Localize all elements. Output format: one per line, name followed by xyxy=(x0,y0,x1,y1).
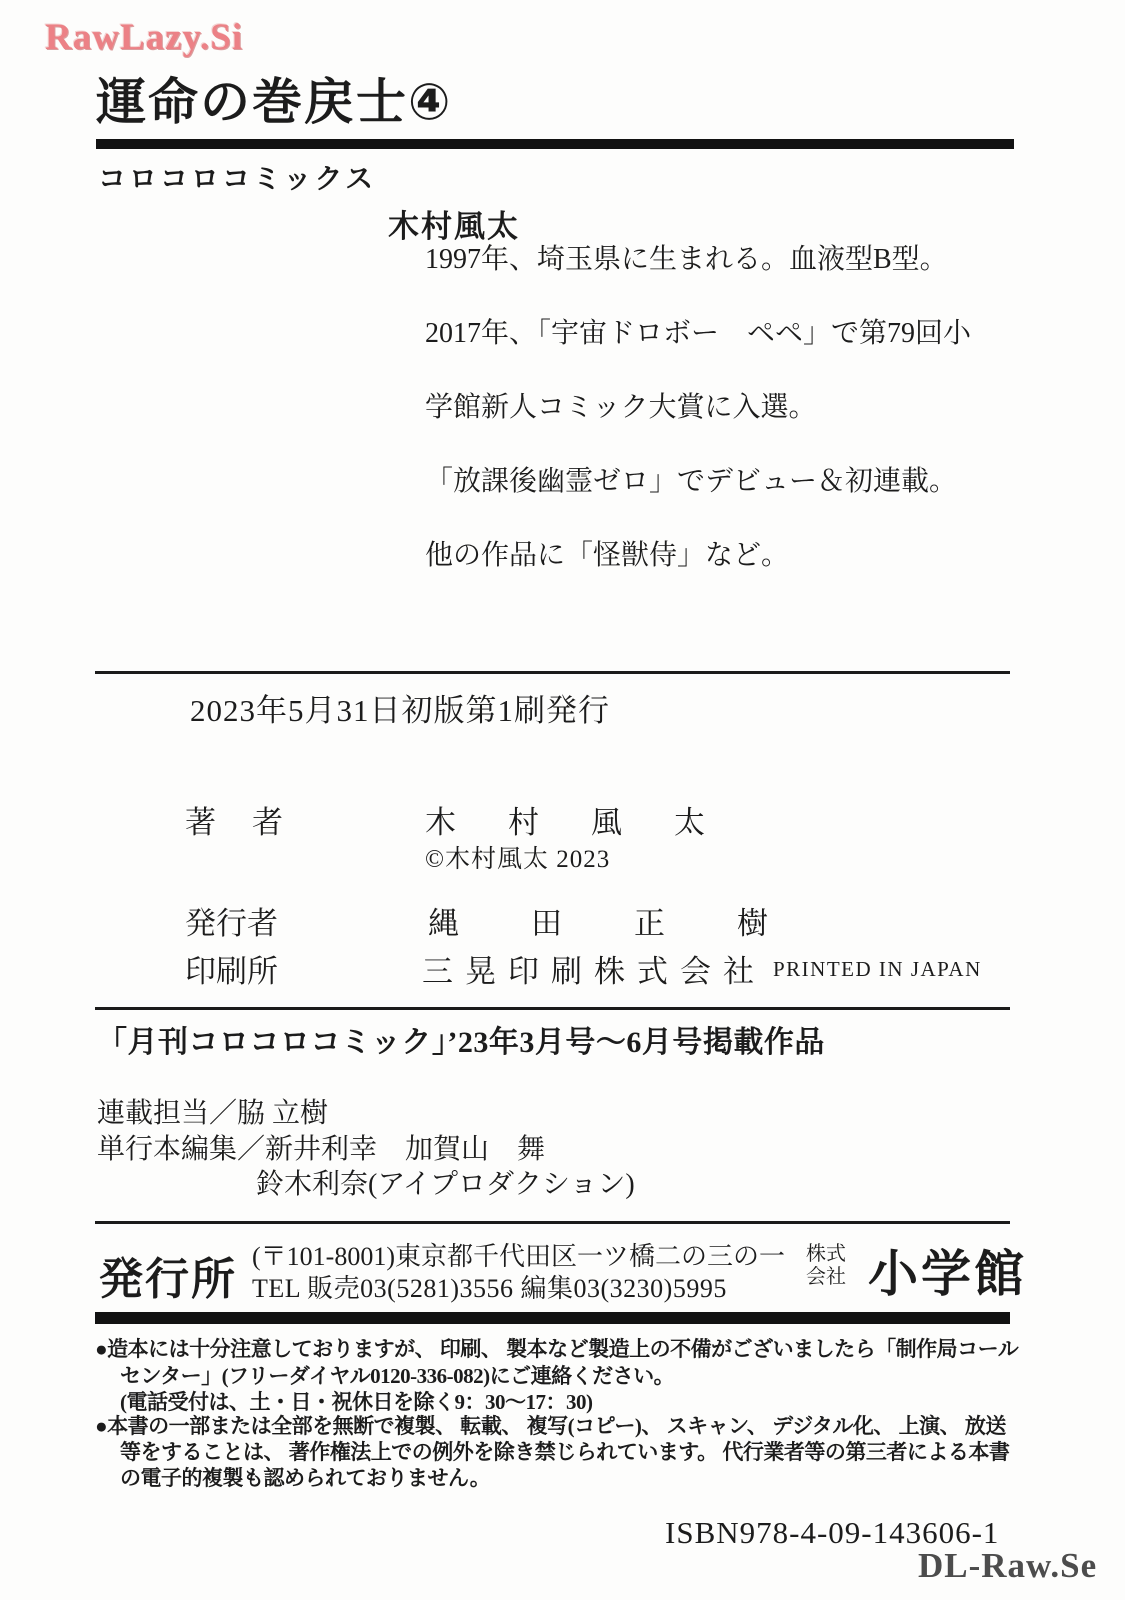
bio-line: 1997年、埼玉県に生まれる。血液型B型。 xyxy=(425,244,948,275)
staff-credit-serial: 連載担当／脇 立樹 xyxy=(97,1091,328,1131)
printer-label: 印刷所 xyxy=(185,946,278,991)
bio-line: 2017年、「宇宙ドロボー ペペ」で第79回小 xyxy=(425,318,971,349)
imprint-label: コロコロコミックス xyxy=(98,157,376,197)
edition-date: 2023年5月31日初版第1刷発行 xyxy=(190,685,610,730)
author-bio: 1997年、埼玉県に生まれる。血液型B型。 2017年、「宇宙ドロボー ペペ」で… xyxy=(425,241,971,574)
serialization-note: 「月刊コロコロコミック」’23年3月号～6月号掲載作品 xyxy=(97,1017,825,1061)
notice-line: の電子的複製も認められておりません。 xyxy=(120,1462,490,1492)
printer-value: 三晃印刷株式会社 xyxy=(422,946,766,991)
publisher-person-value: 縄田正樹 xyxy=(428,898,840,943)
author-name-heading: 木村風太 xyxy=(388,201,520,246)
printed-in-japan: PRINTED IN JAPAN xyxy=(773,957,982,982)
title-rule xyxy=(96,139,1014,149)
bio-line: 「放課後幽霊ゼロ」でデビュー＆初連載。 xyxy=(425,466,957,497)
publisher-corp-type: 株式 会社 xyxy=(806,1243,846,1289)
book-title: 運命の巻戻士④ xyxy=(96,62,452,134)
publisher-person-label: 発行者 xyxy=(185,898,278,943)
notice-line: ●造本には十分注意しておりますが、 印刷、 製本など製造上の不備がございましたら… xyxy=(95,1333,1018,1363)
publisher-address-line2: TEL 販売03(5281)3556 編集03(3230)5995 xyxy=(252,1268,727,1305)
copyright-line: ©木村風太 2023 xyxy=(425,839,610,875)
staff-credit-tankobon: 単行本編集／新井利幸 加賀山 舞 xyxy=(97,1127,545,1167)
serialization-rule xyxy=(95,1007,1010,1010)
publisher-name: 小学館 xyxy=(868,1234,1027,1306)
notice-divider-bar xyxy=(95,1312,1010,1324)
bio-line: 他の作品に「怪獣侍」など。 xyxy=(425,540,789,571)
publisher-label: 発行所 xyxy=(99,1243,237,1307)
publisher-rule xyxy=(95,1221,1010,1224)
site-watermark-top: RawLazy.Si xyxy=(45,16,243,59)
site-watermark-bottom: DL-Raw.Se xyxy=(918,1546,1097,1586)
staff-credit-production: 鈴木利奈(アイプロダクション) xyxy=(256,1162,635,1202)
author-row-label: 著者 xyxy=(185,797,319,842)
colophon-page: RawLazy.Si 運命の巻戻士④ コロコロコミックス 木村風太 1997年、… xyxy=(0,0,1125,1600)
bio-line: 学館新人コミック大賞に入選。 xyxy=(425,392,816,423)
author-row-value: 木村風太 xyxy=(425,797,757,842)
colophon-rule-top xyxy=(95,671,1010,674)
